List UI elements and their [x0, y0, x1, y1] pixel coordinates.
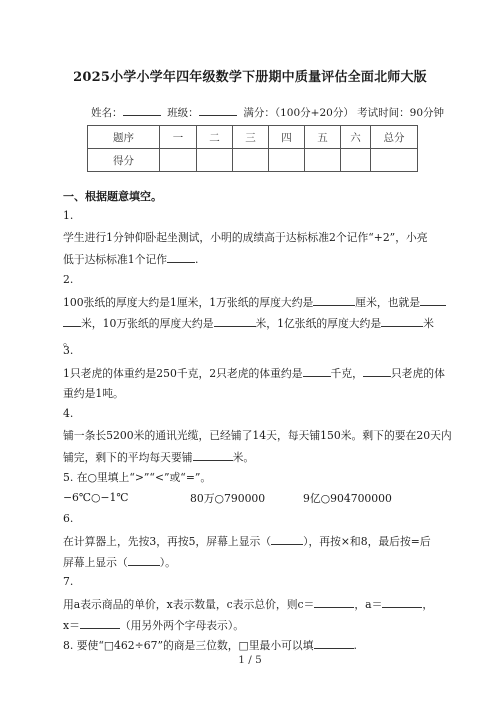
- q7-text-line1: 用a表示商品的单价，x表示数量，c表示总价，则c＝，a＝，: [63, 596, 433, 612]
- score-table: 题序 一 二 三 四 五 六 总分 得分: [87, 125, 418, 172]
- answer-blank[interactable]: [363, 365, 391, 377]
- q1-text: .: [195, 253, 198, 266]
- score-table-score-row: 得分: [88, 149, 418, 172]
- q6-text: 在计算器上，先按3，再按5，屏幕上显示（: [63, 535, 271, 548]
- header-cell: 总分: [371, 126, 418, 149]
- class-blank[interactable]: [199, 105, 237, 116]
- q2-text: 米，10万张纸的厚度大约是: [81, 317, 214, 330]
- answer-blank-cont[interactable]: [63, 315, 81, 327]
- q4-text-line1: 铺一条长5200米的通讯光缆，已经铺了14天，每天铺150米。剩下的要在20天内: [63, 428, 452, 443]
- q2-text: 100张纸的厚度大约是1厘米，1万张纸的厚度大约是: [63, 296, 313, 309]
- q7-text-line2: x＝（用另外两个字母表示）。: [63, 617, 244, 633]
- comparison-item[interactable]: 9亿○904700000: [303, 491, 392, 506]
- answer-blank[interactable]: [271, 533, 303, 545]
- answer-blank[interactable]: [420, 294, 446, 306]
- score-cell[interactable]: [160, 149, 197, 172]
- name-blank[interactable]: [123, 105, 161, 116]
- page-number: 1 / 5: [0, 654, 500, 666]
- q4-text: 米。: [233, 451, 255, 464]
- q2-text: 米: [423, 317, 434, 330]
- answer-blank[interactable]: [80, 617, 120, 629]
- q3-text-line1: 1只老虎的体重约是250千克，2只老虎的体重约是千克，只老虎的体: [63, 365, 445, 381]
- q4-text-line2: 铺完，剩下的平均每天要铺米。: [63, 449, 254, 465]
- document-title: 2025小学小学年四年级数学下册期中质量评估全面北师大版: [0, 66, 500, 85]
- header-cell: 六: [341, 126, 371, 149]
- score-cell[interactable]: [197, 149, 233, 172]
- q5-prompt: 5. 在○里填上“>”“<”或“=”。: [63, 470, 211, 485]
- student-info-line: 姓名： 班级： 满分：（100分+20分） 考试时间：90分钟: [91, 105, 444, 120]
- q7-text: 用a表示商品的单价，x表示数量，c表示总价，则c＝: [63, 598, 314, 611]
- header-cell: 三: [233, 126, 269, 149]
- answer-blank[interactable]: [314, 637, 354, 649]
- name-label: 姓名：: [91, 107, 123, 119]
- q3-text: 1只老虎的体重约是250千克，2只老虎的体重约是: [63, 367, 303, 380]
- comparison-item[interactable]: −6℃○−1℃: [63, 491, 128, 504]
- q8-text: .: [354, 639, 357, 652]
- q7-text: ，: [422, 598, 433, 611]
- answer-blank[interactable]: [193, 449, 233, 461]
- header-cell: 四: [269, 126, 305, 149]
- header-cell: 五: [305, 126, 341, 149]
- comparison-item[interactable]: 80万○790000: [190, 491, 265, 506]
- answer-blank[interactable]: [214, 315, 256, 327]
- score-cell[interactable]: [269, 149, 305, 172]
- question-number: 1.: [63, 209, 73, 222]
- q3-text-line2: 重约是1吨。: [63, 386, 124, 401]
- q7-text: ，a＝: [354, 598, 382, 611]
- header-cell: 二: [197, 126, 233, 149]
- q2-text-line2: 米，10万张纸的厚度大约是米，1亿张纸的厚度大约是米: [63, 315, 434, 331]
- score-cell[interactable]: [341, 149, 371, 172]
- answer-blank[interactable]: [128, 554, 160, 566]
- question-number: 3.: [63, 344, 73, 357]
- q1-text-line1: 学生进行1分钟仰卧起坐测试，小明的成绩高于达标标准2个记作“+2”，小亮: [63, 230, 428, 245]
- question-number: 6.: [63, 512, 73, 525]
- q6-text: 屏幕上显示（: [63, 556, 128, 569]
- question-number: 2.: [63, 273, 73, 286]
- answer-blank[interactable]: [381, 315, 423, 327]
- q6-text: ），再按×和8，最后按=后: [303, 535, 431, 548]
- class-label: 班级：: [167, 107, 199, 119]
- section-heading: 一、根据题意填空。: [63, 188, 162, 204]
- header-cell: 一: [160, 126, 197, 149]
- answer-blank[interactable]: [382, 596, 422, 608]
- answer-blank[interactable]: [314, 596, 354, 608]
- q3-text: 只老虎的体: [391, 367, 445, 380]
- score-cell[interactable]: [305, 149, 341, 172]
- full-score-label: 满分：（100分+20分）: [243, 107, 353, 119]
- q6-text: ）。: [160, 556, 176, 569]
- q7-text: （用另外两个字母表示）。: [120, 619, 244, 632]
- score-table-header-row: 题序 一 二 三 四 五 六 总分: [88, 126, 418, 149]
- question-number: 7.: [63, 575, 73, 588]
- answer-blank[interactable]: [303, 365, 331, 377]
- q6-text-line1: 在计算器上，先按3，再按5，屏幕上显示（），再按×和8，最后按=后: [63, 533, 431, 549]
- q6-text-line2: 屏幕上显示（）。: [63, 554, 176, 570]
- score-cell[interactable]: [233, 149, 269, 172]
- q7-text: x＝: [63, 619, 80, 632]
- q2-text-line1: 100张纸的厚度大约是1厘米，1万张纸的厚度大约是厘米，也就是: [63, 294, 446, 310]
- header-cell: 题序: [88, 126, 160, 149]
- q8-text: 8. 要使“□462÷67”的商是三位数，□里最小可以填: [63, 639, 314, 652]
- answer-blank[interactable]: [167, 251, 195, 263]
- q4-text: 铺完，剩下的平均每天要铺: [63, 451, 193, 464]
- q2-text: 厘米，也就是: [355, 296, 420, 309]
- exam-time-label: 考试时间：90分钟: [357, 107, 444, 119]
- score-cell[interactable]: [371, 149, 418, 172]
- row-label: 得分: [88, 149, 160, 172]
- q1-text-line2: 低于达标标准1个记作.: [63, 251, 198, 267]
- q3-text: 千克，: [331, 367, 363, 380]
- q2-text: 米，1亿张纸的厚度大约是: [256, 317, 382, 330]
- q8-text: 8. 要使“□462÷67”的商是三位数，□里最小可以填.: [63, 637, 357, 653]
- question-number: 4.: [63, 407, 73, 420]
- q1-text: 低于达标标准1个记作: [63, 253, 167, 266]
- answer-blank[interactable]: [313, 294, 355, 306]
